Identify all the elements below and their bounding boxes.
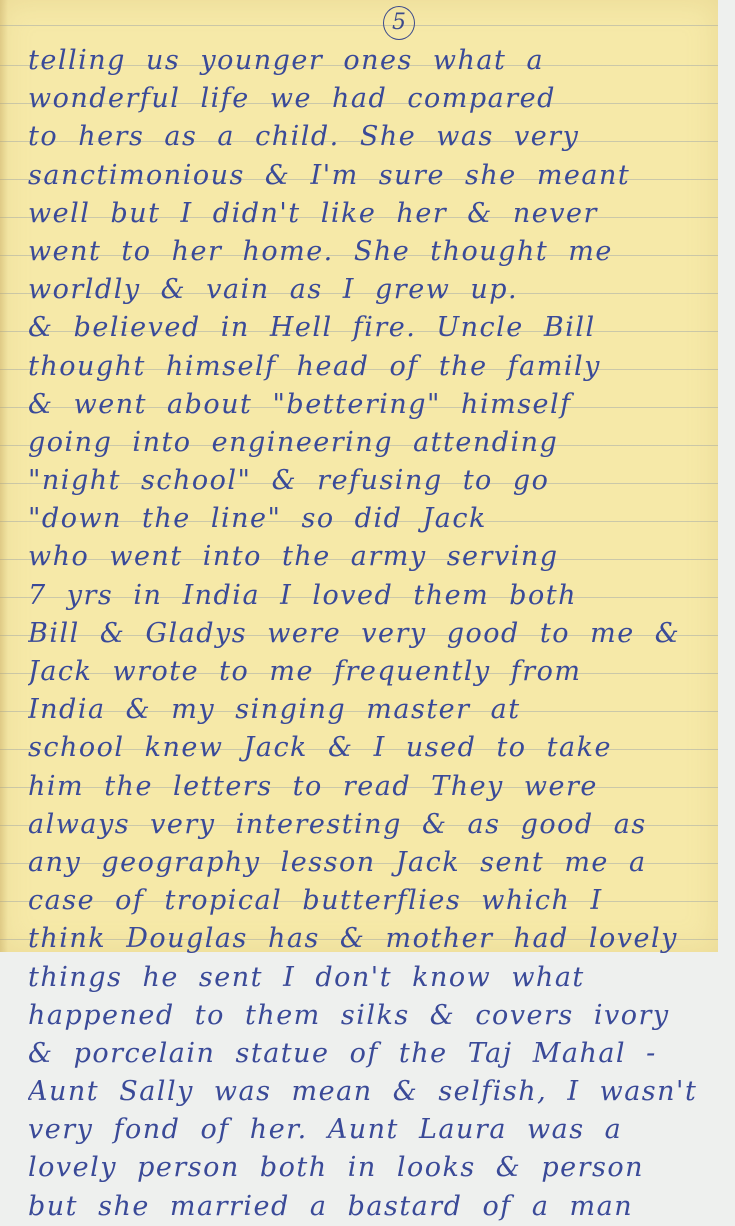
text-line: case of tropical butterflies which I	[28, 882, 718, 920]
text-line: Jack wrote to me frequently from	[28, 653, 718, 691]
text-line: who went into the army serving	[28, 538, 718, 576]
handwritten-text: telling us younger ones what a wonderful…	[28, 42, 718, 960]
text-line: 7 yrs in India I loved them both	[28, 577, 718, 615]
text-line: well but I didn't like her & never	[28, 195, 718, 233]
text-line: telling us younger ones what a	[28, 42, 718, 80]
text-line: him the letters to read They were	[28, 768, 718, 806]
text-line: Bill & Gladys were very good to me &	[28, 615, 718, 653]
text-line: always very interesting & as good as	[28, 806, 718, 844]
text-line: "down the line" so did Jack	[28, 500, 718, 538]
text-line: any geography lesson Jack sent me a	[28, 844, 718, 882]
text-line: worldly & vain as I grew up.	[28, 271, 718, 309]
text-line: "night school" & refusing to go	[28, 462, 718, 500]
text-line: went to her home. She thought me	[28, 233, 718, 271]
text-line: wonderful life we had compared	[28, 80, 718, 118]
text-line: thought himself head of the family	[28, 348, 718, 386]
text-line: school knew Jack & I used to take	[28, 729, 718, 767]
text-line: sanctimonious & I'm sure she meant	[28, 157, 718, 195]
text-line: going into engineering attending	[28, 424, 718, 462]
text-line: to hers as a child. She was very	[28, 118, 718, 156]
text-line: think Douglas has & mother had lovely	[28, 920, 718, 958]
page-number: 5	[383, 6, 415, 40]
letter-page: 5 telling us younger ones what a wonderf…	[0, 0, 718, 952]
torn-edge	[0, 0, 8, 952]
text-line: & believed in Hell fire. Uncle Bill	[28, 309, 718, 347]
text-line: & went about "bettering" himself	[28, 386, 718, 424]
text-line: India & my singing master at	[28, 691, 718, 729]
